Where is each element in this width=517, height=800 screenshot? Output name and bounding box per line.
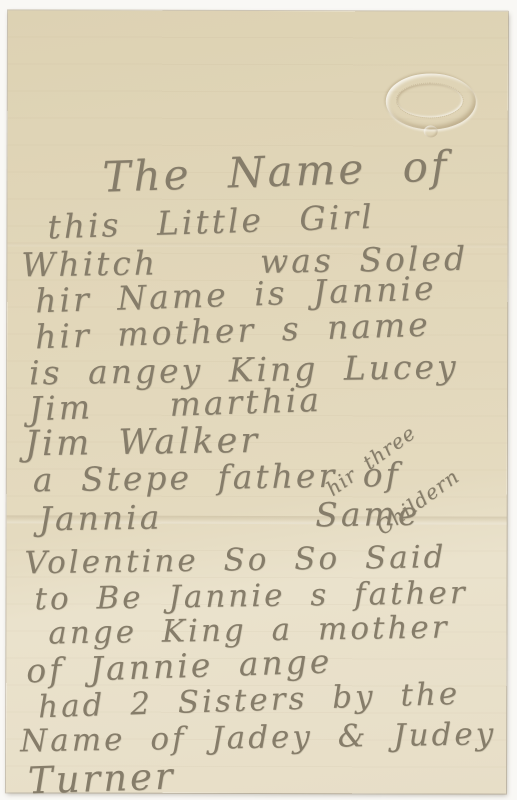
annotation-line: hir three <box>323 416 428 500</box>
letter-paper: The Name of this Little Girl Whitch was … <box>6 10 508 793</box>
embossed-seal-icon <box>386 73 476 129</box>
embossed-seal-tail <box>424 125 438 137</box>
handwriting-line: hir mother s name <box>35 308 432 354</box>
handwriting-line: this Little Girl <box>47 200 375 244</box>
handwriting-line: Volentine So So Said <box>24 542 446 579</box>
embossed-seal-inner-ring <box>396 82 464 118</box>
scan-background: The Name of this Little Girl Whitch was … <box>0 0 517 800</box>
handwriting-line: Jannia Same <box>38 497 420 536</box>
handwriting-line: Name of Jadey & Judey <box>20 719 497 757</box>
handwriting-line: The Name of <box>102 145 450 198</box>
handwriting-line: Turner <box>27 758 176 800</box>
handwriting-line: Jim marthia <box>28 383 322 425</box>
